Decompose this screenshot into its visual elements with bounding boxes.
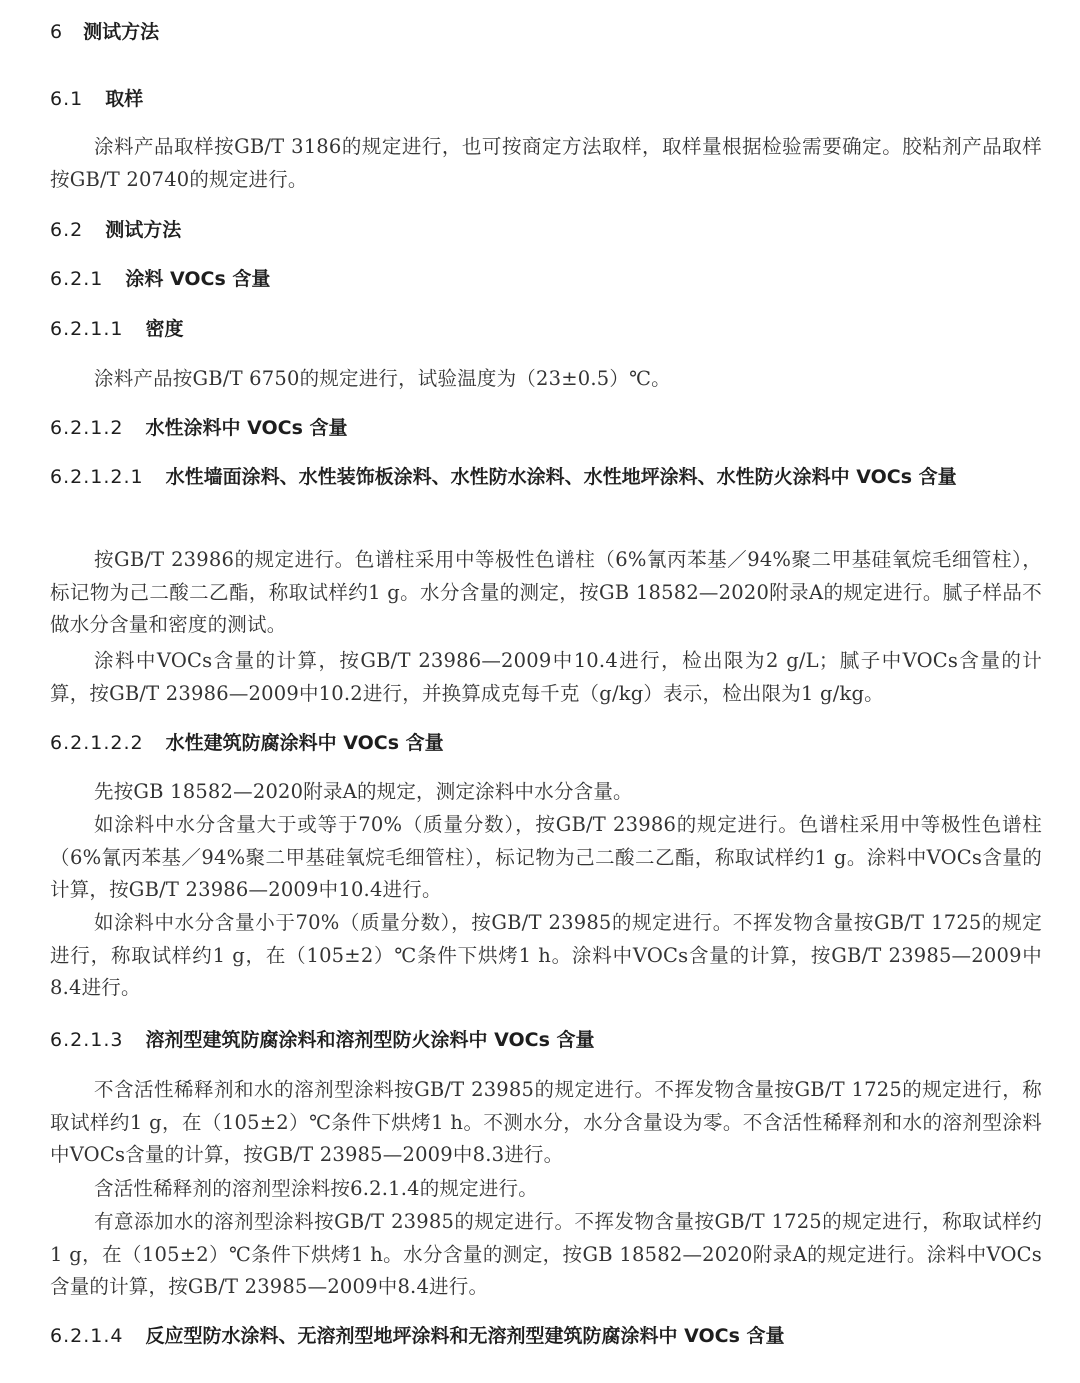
section-number: 6.2.1.4 bbox=[50, 1323, 123, 1349]
section-heading-6-2-1: 6.2.1涂料 VOCs 含量 bbox=[50, 266, 270, 292]
section-heading-6-2: 6.2测试方法 bbox=[50, 217, 181, 243]
paragraph-solventborne-reactive-diluent: 含活性稀释剂的溶剂型涂料按6.2.1.4的规定进行。 bbox=[50, 1173, 1042, 1206]
section-heading-6: 6测试方法 bbox=[50, 19, 159, 45]
section-heading-6-2-1-2-1: 6.2.1.2.1水性墙面涂料、水性装饰板涂料、水性防水涂料、水性地坪涂料、水性… bbox=[50, 460, 1040, 494]
section-title: 密度 bbox=[145, 318, 183, 340]
section-title: 测试方法 bbox=[83, 21, 159, 43]
section-heading-6-2-1-2-2: 6.2.1.2.2水性建筑防腐涂料中 VOCs 含量 bbox=[50, 730, 444, 756]
section-number: 6 bbox=[50, 19, 63, 45]
section-number: 6.1 bbox=[50, 86, 83, 112]
paragraph-sampling: 涂料产品取样按GB/T 3186的规定进行，也可按商定方法取样，取样量根据检验需… bbox=[50, 131, 1042, 196]
paragraph-anticorrosive-high-water: 如涂料中水分含量大于或等于70%（质量分数），按GB/T 23986的规定进行。… bbox=[50, 809, 1042, 907]
paragraph-anticorrosive-low-water: 如涂料中水分含量小于70%（质量分数），按GB/T 23985的规定进行。不挥发… bbox=[50, 907, 1042, 1005]
document-page: 6测试方法 6.1取样 涂料产品取样按GB/T 3186的规定进行，也可按商定方… bbox=[0, 0, 1080, 1383]
section-title: 取样 bbox=[105, 88, 143, 110]
section-number: 6.2.1.2.1 bbox=[50, 460, 144, 494]
section-number: 6.2.1 bbox=[50, 266, 103, 292]
paragraph-waterborne-calculation: 涂料中VOCs含量的计算，按GB/T 23986—2009中10.4进行，检出限… bbox=[50, 645, 1042, 710]
paragraph-solventborne-added-water: 有意添加水的溶剂型涂料按GB/T 23985的规定进行。不挥发物含量按GB/T … bbox=[50, 1206, 1042, 1304]
section-title: 水性墙面涂料、水性装饰板涂料、水性防水涂料、水性地坪涂料、水性防火涂料中 VOC… bbox=[166, 466, 957, 488]
section-number: 6.2 bbox=[50, 217, 83, 243]
section-number: 6.2.1.3 bbox=[50, 1027, 123, 1053]
section-title: 涂料 VOCs 含量 bbox=[125, 268, 270, 290]
section-heading-6-2-1-4: 6.2.1.4反应型防水涂料、无溶剂型地坪涂料和无溶剂型建筑防腐涂料中 VOCs… bbox=[50, 1323, 785, 1349]
section-title: 反应型防水涂料、无溶剂型地坪涂料和无溶剂型建筑防腐涂料中 VOCs 含量 bbox=[145, 1325, 784, 1347]
section-heading-6-2-1-1: 6.2.1.1密度 bbox=[50, 316, 184, 342]
section-title: 水性建筑防腐涂料中 VOCs 含量 bbox=[166, 732, 444, 754]
paragraph-anticorrosive-water-content: 先按GB 18582—2020附录A的规定，测定涂料中水分含量。 bbox=[50, 776, 1042, 809]
paragraph-density: 涂料产品按GB/T 6750的规定进行，试验温度为（23±0.5）℃。 bbox=[50, 363, 1042, 396]
section-title: 溶剂型建筑防腐涂料和溶剂型防火涂料中 VOCs 含量 bbox=[145, 1029, 594, 1051]
section-heading-6-2-1-2: 6.2.1.2水性涂料中 VOCs 含量 bbox=[50, 415, 348, 441]
paragraph-solventborne-no-diluent: 不含活性稀释剂和水的溶剂型涂料按GB/T 23985的规定进行。不挥发物含量按G… bbox=[50, 1074, 1042, 1172]
section-title: 测试方法 bbox=[105, 219, 181, 241]
section-heading-6-1: 6.1取样 bbox=[50, 86, 143, 112]
section-number: 6.2.1.2.2 bbox=[50, 730, 144, 756]
paragraph-waterborne-method: 按GB/T 23986的规定进行。色谱柱采用中等极性色谱柱（6%氰丙苯基／94%… bbox=[50, 544, 1042, 642]
section-heading-6-2-1-3: 6.2.1.3溶剂型建筑防腐涂料和溶剂型防火涂料中 VOCs 含量 bbox=[50, 1027, 595, 1053]
section-title: 水性涂料中 VOCs 含量 bbox=[145, 417, 347, 439]
section-number: 6.2.1.2 bbox=[50, 415, 123, 441]
section-number: 6.2.1.1 bbox=[50, 316, 123, 342]
